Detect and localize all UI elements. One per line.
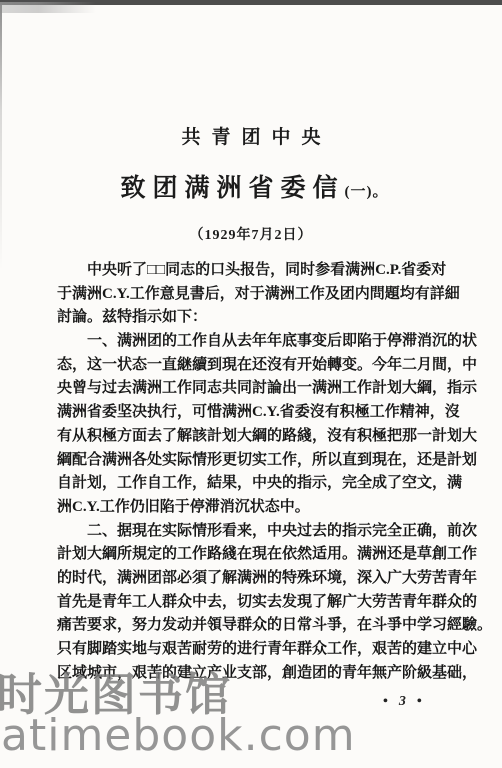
document-title-suffix: (一)。 bbox=[345, 184, 389, 200]
body-line: 中央听了□□同志的口头报告，同时参看满洲C.P.省委对 bbox=[57, 259, 461, 283]
body-line: 洲C.Y.工作仍旧陷于停滞消沉状态中。 bbox=[57, 496, 461, 520]
document-title-main: 致团满洲省委信 bbox=[120, 175, 344, 202]
body-line: 二、据現在实际情形看来，中央过去的指示完全正确，前次 bbox=[57, 520, 461, 544]
page-number-dot-right: • bbox=[417, 694, 424, 709]
scan-noise-patch bbox=[0, 2, 96, 13]
body-line: 满洲省委坚决执行，可惜满洲C.Y.省委沒有积極工作精神，沒 bbox=[57, 401, 461, 425]
scanned-book-page: 共青团中央 致团满洲省委信(一)。 （1929年7月2日） 中央听了□□同志的口… bbox=[0, 0, 502, 768]
body-line: 于满洲C.Y.工作意見書后，对于满洲工作及团内問題均有詳細 bbox=[57, 283, 461, 307]
body-line: 計划大綱所規定的工作路綫在現在依然适用。满洲还是草創工作 bbox=[57, 543, 461, 567]
document-title: 致团满洲省委信(一)。 bbox=[0, 168, 502, 204]
body-line: 綱配合满洲各处实际情形更切实工作，所以直到現在，还是計划 bbox=[57, 449, 461, 473]
page-number-dot-left: • bbox=[383, 694, 390, 709]
page-number-value: 3 bbox=[390, 694, 417, 709]
body-line: 一、满洲团的工作自从去年年底事变后即陷于停滞消沉的状 bbox=[57, 330, 461, 354]
document-body: 中央听了□□同志的口头报告，同时参看满洲C.P.省委对 于满洲C.Y.工作意見書… bbox=[57, 259, 461, 685]
body-line: 态，这一状态一直継續到現在还沒有开始轉变。今年二月間，中 bbox=[57, 354, 461, 378]
page-number: •3• bbox=[383, 694, 424, 710]
body-line: 自計划，工作自工作，結果，中央的指示，完全成了空文，满 bbox=[57, 472, 461, 496]
body-line: 痛苦要求，努力发动并領导群众的日常斗爭，在斗爭中学习經驗。 bbox=[57, 614, 461, 638]
body-line: 央曾与过去满洲工作同志共同討論出一满洲工作計划大綱，指示 bbox=[57, 377, 461, 401]
body-line: 討論。兹特指示如下： bbox=[57, 306, 461, 330]
organization-heading: 共青团中央 bbox=[0, 122, 502, 149]
body-line: 有从积極方面去了解該計划大綱的路綫，沒有积極把那一計划大 bbox=[57, 425, 461, 449]
watermark-website: atimebook.com bbox=[1, 710, 356, 761]
body-line: 的时代，满洲团部必須了解满洲的特殊环境，深入广大劳苦青年 bbox=[57, 567, 461, 591]
document-date: （1929年7月2日） bbox=[0, 224, 502, 244]
body-line: 首先是青年工人群众中去，切实去发現了解广大劳苦青年群众的 bbox=[57, 591, 461, 615]
